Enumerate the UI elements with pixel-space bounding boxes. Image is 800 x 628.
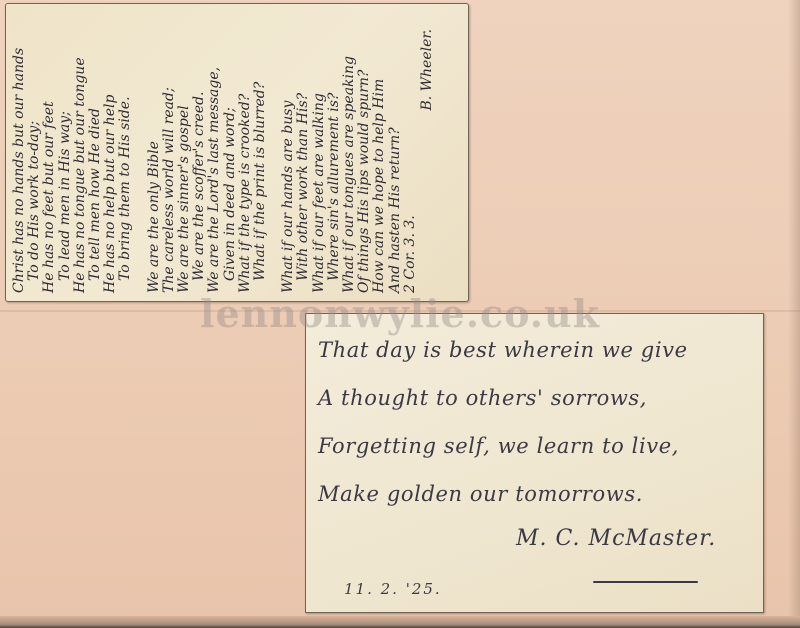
verse-line: What if our feet are walking <box>312 19 327 293</box>
verse-line: What if the print is blurred? <box>253 19 268 293</box>
signature-underline <box>593 581 698 583</box>
watermark: lennonwylie.co.uk <box>190 292 610 336</box>
verse-line: He has no help but our help <box>103 19 118 293</box>
verse-line: We are the only Bible <box>147 19 162 293</box>
verse-line: What if the type is crooked? <box>238 19 253 293</box>
autograph-card-verses: Christ has no hands but our hands To do … <box>5 3 469 302</box>
page-bottom-edge <box>0 616 800 628</box>
signature-top-card: B. Wheeler. <box>420 19 435 293</box>
poem-line: Make golden our tomorrows. <box>318 472 758 520</box>
verse-2: We are the only Bible The careless world… <box>147 19 269 293</box>
verse-3: What if our hands are busy With other wo… <box>281 19 418 293</box>
verse-line: The careless world will read; <box>162 19 177 293</box>
signature-bottom-card: M. C. McMaster. <box>516 526 756 551</box>
verse-line: Where sin's allurement is? <box>327 19 342 293</box>
rotated-text-area: Christ has no hands but our hands To do … <box>6 4 468 301</box>
verse-line: We are the sinner's gospel <box>177 19 192 293</box>
verse-line: What if our hands are busy <box>281 19 296 293</box>
autograph-card-poem: That day is best wherein we give A thoug… <box>305 313 764 613</box>
verse-line: Given in deed and word; <box>223 19 238 293</box>
verse-line: Of things His lips would spurn? <box>357 19 372 293</box>
verse-line: He has no tongue but our tongue <box>73 19 88 293</box>
verse-1: Christ has no hands but our hands To do … <box>12 19 134 293</box>
scripture-reference: 2 Cor. 3. 3. <box>403 19 418 293</box>
album-page: Christ has no hands but our hands To do … <box>0 0 800 628</box>
verse-line: We are the scoffer's creed. <box>192 19 207 293</box>
verse-line: To tell men how He died <box>88 19 103 293</box>
poem-line: Forgetting self, we learn to live, <box>318 424 758 472</box>
verse-line: How can we hope to help Him <box>372 19 387 293</box>
verse-line: We are the Lord's last message, <box>207 19 222 293</box>
date: 11. 2. '25. <box>344 580 442 598</box>
verse-line: He has no feet but our feet <box>42 19 57 293</box>
verse-line: To do His work to-day; <box>27 19 42 293</box>
poem: That day is best wherein we give A thoug… <box>318 328 758 520</box>
verse-line: Christ has no hands but our hands <box>12 19 27 293</box>
verse-line: And hasten His return? <box>388 19 403 293</box>
page-right-edge <box>788 0 800 628</box>
verse-line: To lead men in His way; <box>58 19 73 293</box>
verse-line: What if our tongues are speaking <box>342 19 357 293</box>
verse-line: To bring them to His side. <box>118 19 133 293</box>
rotated-handwriting: Christ has no hands but our hands To do … <box>6 11 468 301</box>
verse-line: With other work than His? <box>296 19 311 293</box>
poem-line: A thought to others' sorrows, <box>318 376 758 424</box>
